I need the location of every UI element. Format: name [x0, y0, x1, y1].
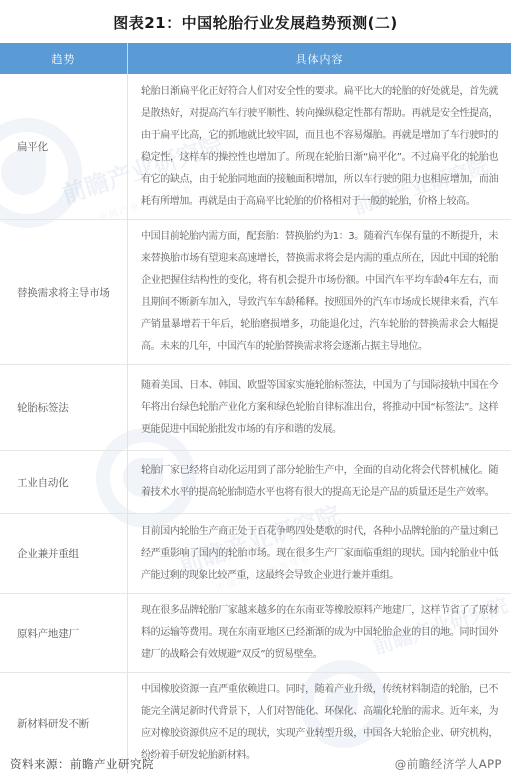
trend-label: 轮胎标签法 — [0, 365, 128, 450]
trend-label: 替换需求将主导市场 — [0, 220, 128, 364]
source-text: 资料来源：前瞻产业研究院 — [10, 756, 154, 772]
table-row-industrial-automation: 工业自动化 轮胎厂家已经将自动化运用到了部分轮胎生产中，全面的自动化将会代替机械… — [0, 451, 511, 514]
trend-detail: 目前国内轮胎生产商正处于百花争鸣四处楚歌的时代，各种小品牌轮胎的产量过剩已经严重… — [141, 521, 498, 587]
column-header-content: 具体内容 — [128, 43, 511, 74]
trend-table: 趋势 具体内容 扁平化 轮胎日渐扁平化正好符合人们对安全性的要求。扁平比大的轮胎… — [0, 43, 511, 773]
trend-detail: 中国目前轮胎内需方面，配套胎：替换胎约为1：3。随着汽车保有量的不断提升，未来替… — [141, 226, 498, 358]
table-header-row: 趋势 具体内容 — [0, 43, 511, 74]
figure-title: 图表21：中国轮胎行业发展趋势预测(二) — [0, 0, 511, 43]
credit-text: @前瞻经济学人APP — [395, 756, 502, 772]
trend-detail: 轮胎厂家已经将自动化运用到了部分轮胎生产中，全面的自动化将会代替机械化。随着技术… — [141, 460, 498, 504]
table-row-flattening: 扁平化 轮胎日渐扁平化正好符合人们对安全性的要求。扁平比大的轮胎的好处就是，首先… — [0, 74, 511, 220]
figure-page: 前瞻产业研究院 中国产业咨询领导者 前瞻产业研究院 前瞻产业研究院 中国产业咨询… — [0, 0, 511, 780]
table-row-tire-labeling: 轮胎标签法 随着美国、日本、韩国、欧盟等国家实施轮胎标签法，中国为了与国际接轨中… — [0, 365, 511, 451]
trend-label: 扁平化 — [0, 74, 128, 219]
table-row-raw-material-factories: 原料产地建厂 现在很多品牌轮胎厂家越来越多的在东南亚等橡胶原料产地建厂，这样节省… — [0, 594, 511, 673]
trend-detail: 轮胎日渐扁平化正好符合人们对安全性的要求。扁平比大的轮胎的好处就是，首先就是散热… — [141, 81, 498, 213]
trend-label: 企业兼并重组 — [0, 514, 128, 593]
trend-detail: 中国橡胶资源一直严重依赖进口。同时，随着产业升级，传统材料制造的轮胎，已不能完全… — [141, 679, 498, 767]
table-row-replacement-demand: 替换需求将主导市场 中国目前轮胎内需方面，配套胎：替换胎约为1：3。随着汽车保有… — [0, 220, 511, 365]
column-header-trend: 趋势 — [0, 43, 128, 74]
table-row-mergers: 企业兼并重组 目前国内轮胎生产商正处于百花争鸣四处楚歌的时代，各种小品牌轮胎的产… — [0, 514, 511, 594]
trend-detail: 随着美国、日本、韩国、欧盟等国家实施轮胎标签法，中国为了与国际接轨中国在今年将出… — [141, 375, 498, 441]
trend-label: 原料产地建厂 — [0, 594, 128, 672]
trend-detail: 现在很多品牌轮胎厂家越来越多的在东南亚等橡胶原料产地建厂，这样节省了了原材料的运… — [141, 600, 498, 666]
trend-label: 工业自动化 — [0, 451, 128, 513]
figure-footer: 资料来源：前瞻产业研究院 @前瞻经济学人APP — [0, 756, 511, 772]
